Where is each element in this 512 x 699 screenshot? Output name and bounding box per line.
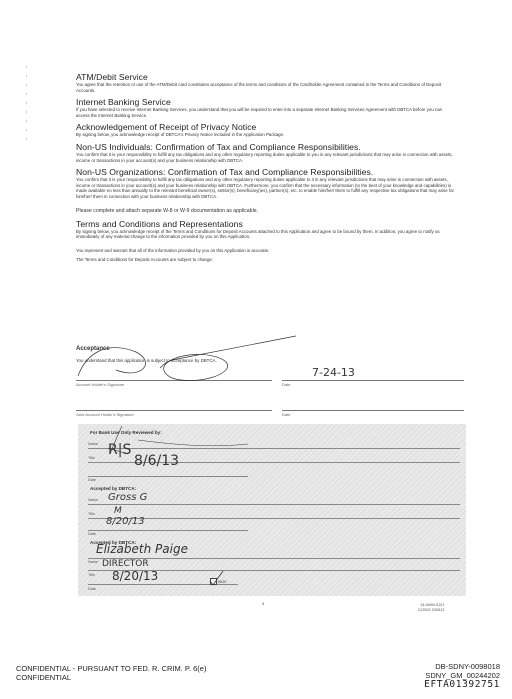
- subject-to-change-text: The Terms and Conditions for Deposit Acc…: [76, 257, 456, 263]
- accepted2-date-label: Date: [88, 587, 96, 591]
- section-atm-debit: ATM/Debit Service You agree that the ret…: [76, 72, 456, 93]
- reviewed-name-hand: R|S: [108, 442, 131, 458]
- section-body: If you have selected to receive Internet…: [76, 107, 456, 118]
- reviewed-title-label: Title: [88, 456, 95, 460]
- bank-use-section: For Bank Use Only Reviewed by: Name R|S …: [78, 424, 466, 596]
- accepted2-name-hand: Elizabeth Paige: [96, 542, 188, 556]
- accepted1-date-hand: 8/20/13: [106, 516, 145, 527]
- pen-annotation-loops: [76, 346, 466, 406]
- acceptance-text: You understand that this application is …: [76, 358, 217, 363]
- date-handwritten: 7-24-13: [312, 366, 355, 379]
- accepted1-date-line[interactable]: [88, 530, 248, 531]
- bates-number-1: DB-SDNY-0098018: [424, 662, 500, 671]
- confidential-label: CONFIDENTIAL: [16, 673, 206, 682]
- form-code-line-2: 012502 032813: [418, 608, 444, 613]
- account-holder-signature-line[interactable]: [76, 380, 272, 381]
- document-page: ATM/Debit Service You agree that the ret…: [0, 0, 512, 699]
- noc-checkbox[interactable]: [210, 578, 217, 585]
- date-line[interactable]: [282, 380, 464, 381]
- form-code: 13-AWM-0101 012502 032813: [418, 603, 444, 613]
- efta-number: EFTA01392751: [424, 680, 500, 689]
- section-non-us-organizations: Non-US Organizations: Confirmation of Ta…: [76, 167, 456, 199]
- terms-content: ATM/Debit Service You agree that the ret…: [76, 72, 456, 263]
- accepted1-name-label: Name: [88, 498, 98, 502]
- section-heading: Terms and Conditions and Representations: [76, 219, 456, 229]
- account-holder-signature-label: Account Holder's Signature: [76, 382, 124, 387]
- accepted2-name-label: Name: [88, 560, 98, 564]
- section-heading: ATM/Debit Service: [76, 72, 456, 82]
- section-body: By signing below, you acknowledge receip…: [76, 229, 456, 240]
- joint-date-label: Date: [282, 412, 290, 417]
- section-body: By signing below, you acknowledge receip…: [76, 132, 456, 138]
- section-body: You confirm that it is your responsibili…: [76, 177, 456, 199]
- margin-scan-marks: [26, 66, 27, 146]
- footer-right: DB-SDNY-0098018 SDNY_GM_00244202 EFTA013…: [424, 662, 500, 689]
- section-heading: Non-US Organizations: Confirmation of Ta…: [76, 167, 456, 177]
- accepted1-name-hand: Gross G: [108, 492, 147, 503]
- acceptance-area: Acceptance You understand that this appl…: [76, 346, 466, 436]
- section-heading: Internet Banking Service: [76, 97, 456, 107]
- acceptance-heading: Acceptance: [76, 346, 110, 352]
- section-heading: Acknowledgement of Receipt of Privacy No…: [76, 122, 456, 132]
- section-body: You agree that the retention or use of t…: [76, 82, 456, 93]
- section-internet-banking: Internet Banking Service If you have sel…: [76, 97, 456, 118]
- reviewed-heading: For Bank Use Only Reviewed by:: [90, 430, 162, 435]
- accepted-heading-1: Accepted by DBTCA:: [90, 486, 136, 491]
- joint-signature-line[interactable]: [76, 410, 272, 411]
- section-body: You confirm that it is your responsibili…: [76, 152, 456, 163]
- accepted1-date-label: Date: [88, 532, 96, 536]
- noc-label: NOC: [218, 579, 227, 584]
- accepted2-title-label: Title: [88, 573, 95, 577]
- section-non-us-individuals: Non-US Individuals: Confirmation of Tax …: [76, 142, 456, 163]
- joint-signature-label: Joint Account Holder's Signature: [76, 412, 134, 417]
- confidential-notice: CONFIDENTIAL - PURSUANT TO FED. R. CRIM.…: [16, 664, 206, 673]
- section-privacy-notice: Acknowledgement of Receipt of Privacy No…: [76, 122, 456, 138]
- page-number: 3: [262, 601, 264, 606]
- reviewed-date-label: Date: [88, 478, 96, 482]
- section-heading: Non-US Individuals: Confirmation of Tax …: [76, 142, 456, 152]
- reviewed-name-line[interactable]: [88, 448, 460, 449]
- reviewed-date-hand: 8/6/13: [134, 453, 179, 469]
- accepted2-title-hand: DIRECTOR: [102, 559, 149, 569]
- accepted1-name-line[interactable]: [88, 504, 460, 505]
- accepted2-date-hand: 8/20/13: [112, 569, 158, 583]
- joint-date-line[interactable]: [282, 410, 464, 411]
- date-label: Date: [282, 382, 290, 387]
- accepted1-title-label: Title: [88, 512, 95, 516]
- reviewed-date-line[interactable]: [88, 476, 248, 477]
- accepted1-title-hand: M: [114, 506, 122, 516]
- footer-left: CONFIDENTIAL - PURSUANT TO FED. R. CRIM.…: [16, 664, 206, 682]
- w8-note: Please complete and attach separate W-8 …: [76, 208, 456, 215]
- section-terms: Terms and Conditions and Representations…: [76, 219, 456, 240]
- reviewed-name-label: Name: [88, 442, 98, 446]
